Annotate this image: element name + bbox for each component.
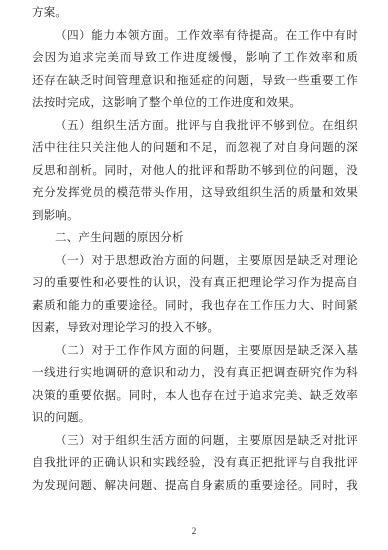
page-number: 2 [0, 524, 388, 538]
text-line: 方案。 [32, 2, 358, 25]
text-line: （五）组织生活方面。批评与自我批评不够到位。在组织生 [32, 115, 358, 138]
text-line: （三）对于组织生活方面的问题，主要原因是缺乏对批评与 [32, 430, 358, 453]
text-line: 充分发挥党员的模范带头作用，这导致组织生活的质量和效果受 [32, 182, 358, 205]
text-line: （二）对于工作作风方面的问题，主要原因是缺乏深入基层 [32, 340, 358, 363]
document-page: 方案。（四）能力本领方面。工作效率有待提高。在工作中有时候会因为追求完美而导致工… [0, 0, 388, 550]
text-line: 因素，导致对理论学习的投入不够。 [32, 317, 358, 340]
text-line: 还存在缺乏时间管理意识和拖延症的问题，导致一些重要工作无 [32, 70, 358, 93]
text-line: 活中往往只关注他人的问题和不足，而忽视了对自身问题的深刻 [32, 137, 358, 160]
text-line: 法按时完成，这影响了整个单位的工作进度和效果。 [32, 92, 358, 115]
text-line: 一线进行实地调研的意识和动力，没有真正把调查研究作为科学 [32, 362, 358, 385]
text-line: 到影响。 [32, 205, 358, 228]
text-line: 决策的重要依据。同时，本人也存在过于追求完美、缺乏效率意 [32, 385, 358, 408]
document-text-block: 方案。（四）能力本领方面。工作效率有待提高。在工作中有时候会因为追求完美而导致工… [32, 2, 358, 497]
text-line: 识的问题。 [32, 407, 358, 430]
text-line: 会因为追求完美而导致工作进度缓慢，影响了工作效率和质量。 [32, 47, 358, 70]
section-heading-line: 二、产生问题的原因分析 [32, 227, 358, 250]
text-line: 反思和剖析。同时，对他人的批评和帮助不够到位的问题，没有 [32, 160, 358, 183]
text-line: 自我批评的正确认识和实践经验，没有真正把批评与自我批评作 [32, 452, 358, 475]
text-line: 为发现问题、解决问题、提高自身素质的重要途径。同时，我也 [32, 475, 358, 498]
text-line: （四）能力本领方面。工作效率有待提高。在工作中有时候 [32, 25, 358, 48]
text-line: 素质和能力的重要途径。同时，我也存在工作压力大、时间紧等 [32, 295, 358, 318]
text-line: 习的重要性和必要性的认识，没有真正把理论学习作为提高自身 [32, 272, 358, 295]
text-line: （一）对于思想政治方面的问题，主要原因是缺乏对理论学 [32, 250, 358, 273]
